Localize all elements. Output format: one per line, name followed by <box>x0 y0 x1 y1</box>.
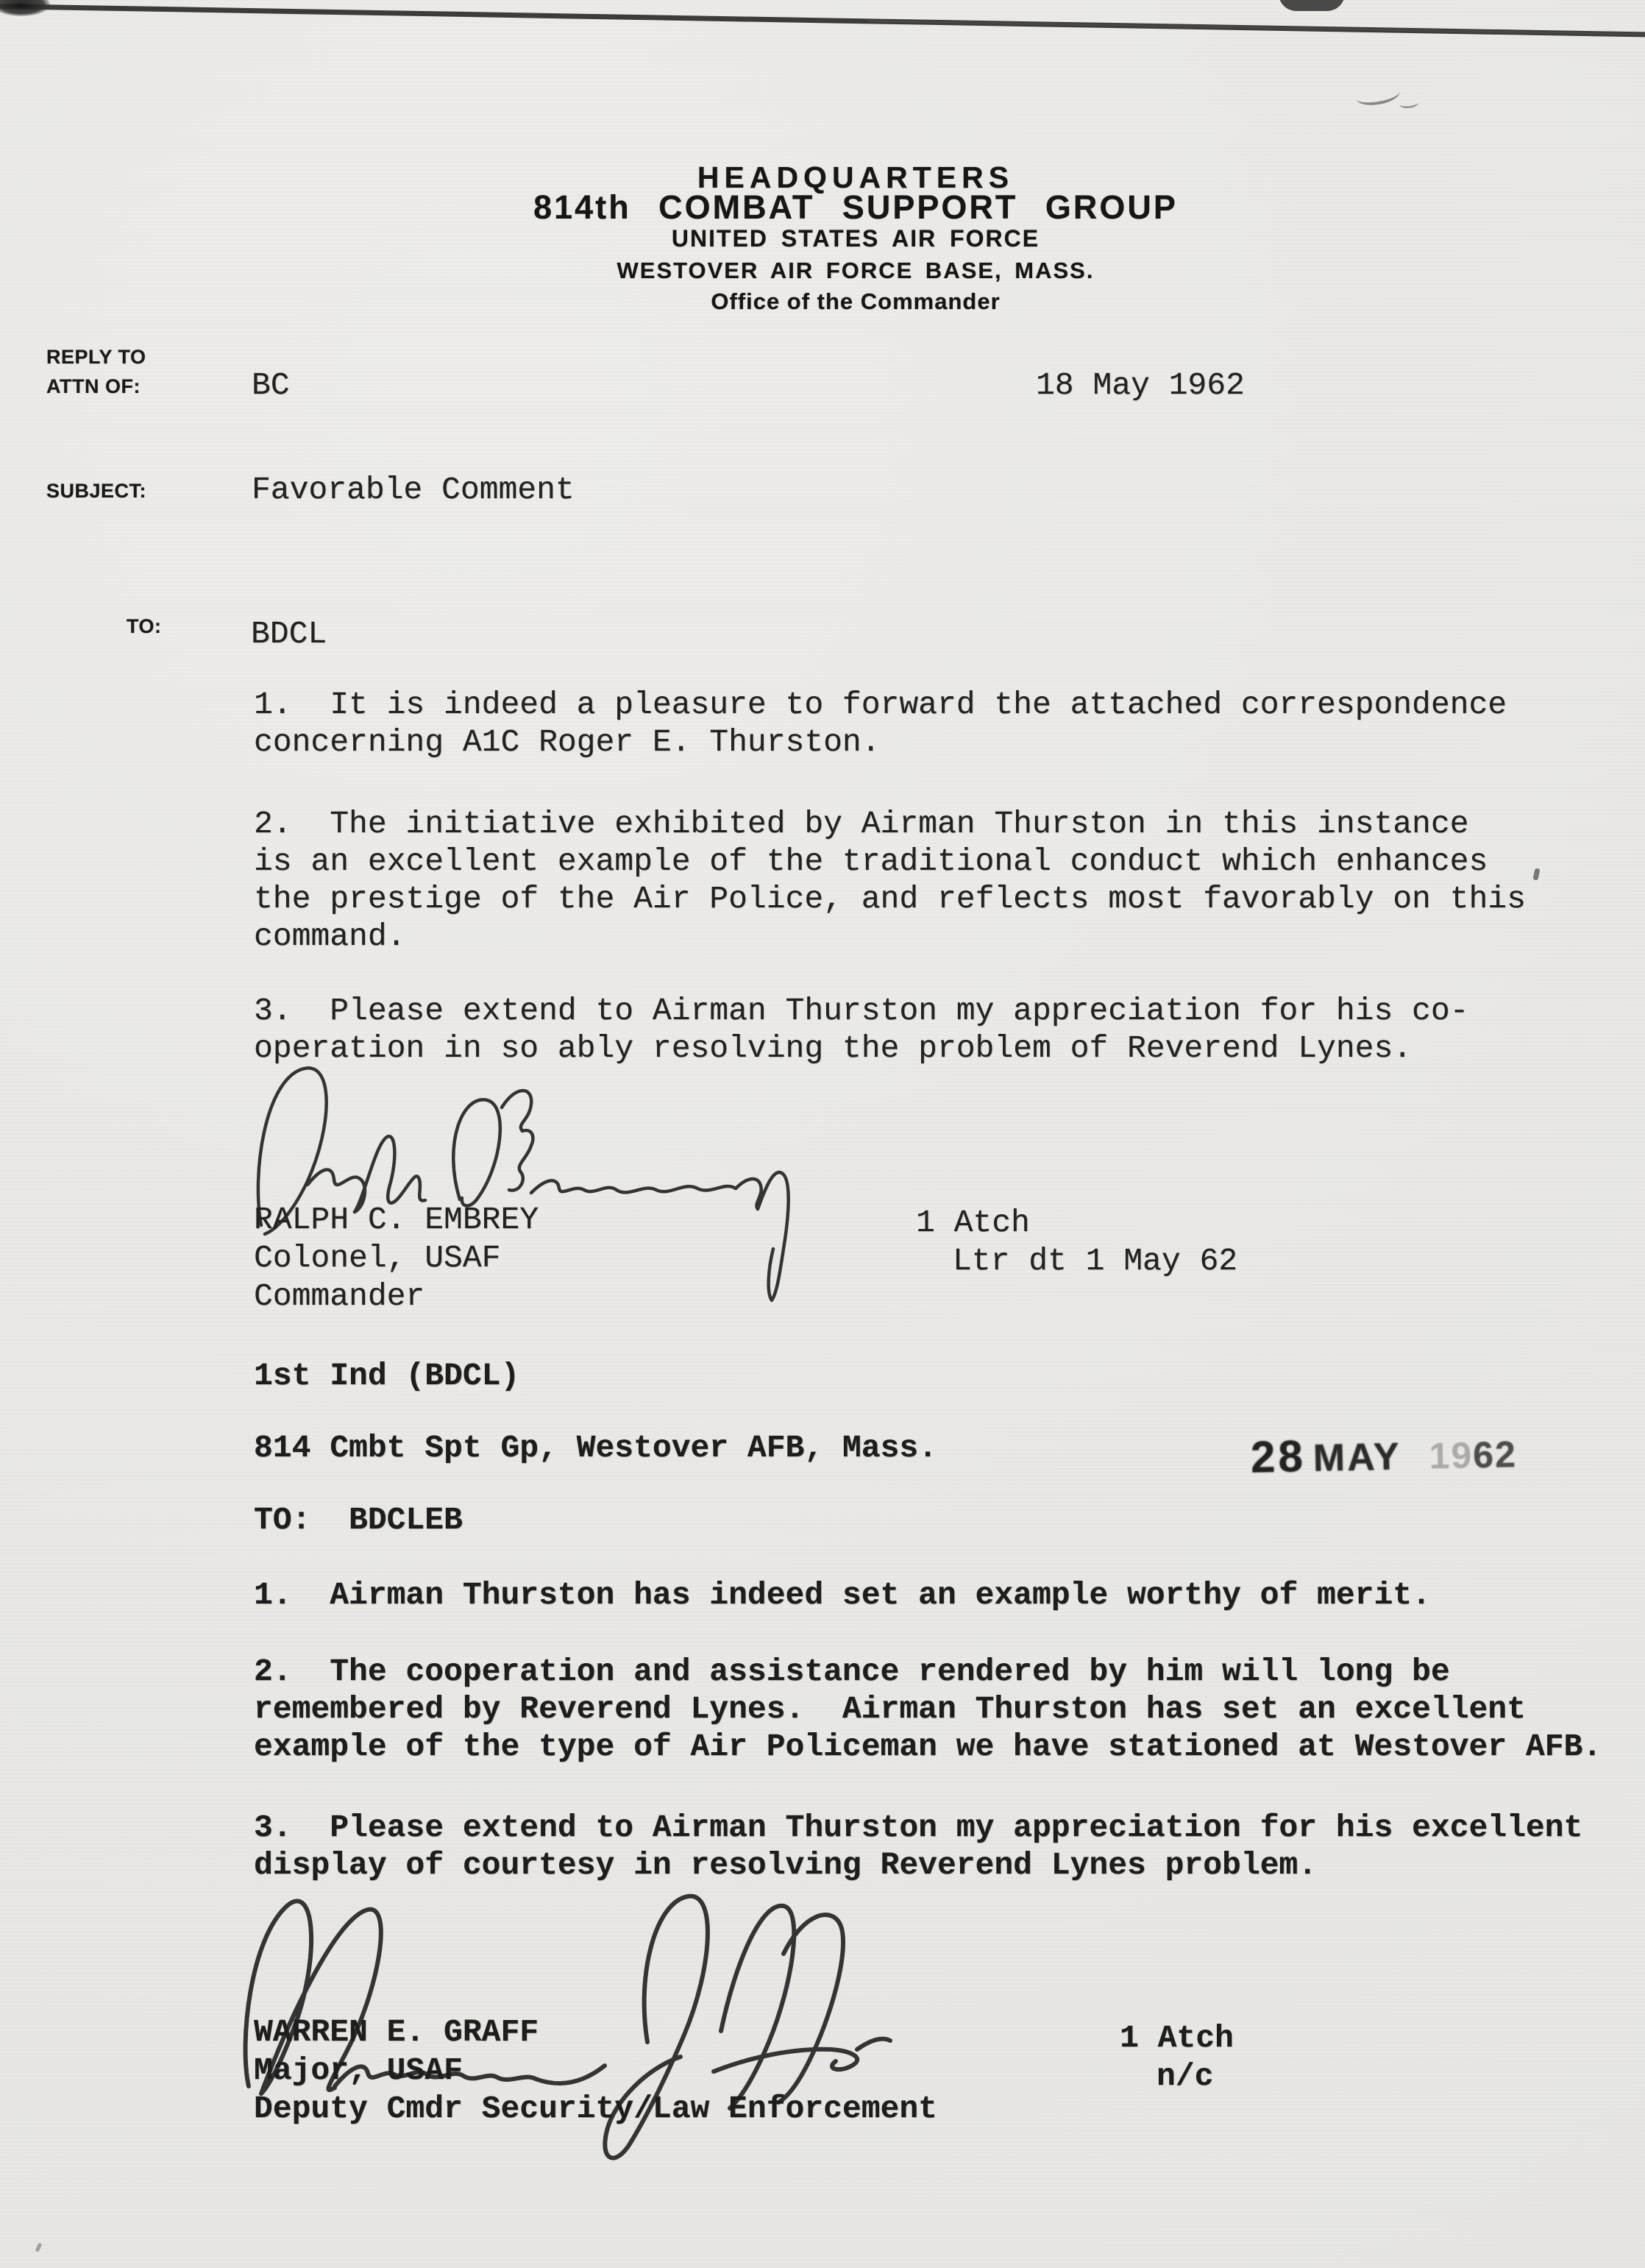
corner-smudge-artifact <box>0 0 50 16</box>
indorsement-heading: 1st Ind (BDCL) <box>254 1357 519 1395</box>
letter-paragraph-1: 1. It is indeed a pleasure to forward th… <box>254 686 1507 761</box>
received-date-stamp: 28 MAY 19 62 <box>1250 1426 1517 1483</box>
indorsement-org-line: 814 Cmbt Spt Gp, Westover AFB, Mass. <box>254 1429 937 1467</box>
date-value: 18 May 1962 <box>1036 366 1245 404</box>
scan-edge-line2-artifact <box>868 20 1645 35</box>
indorsement-paragraph-1: 1. Airman Thurston has indeed set an exa… <box>254 1576 1431 1614</box>
indorsement-signer-title: Deputy Cmdr Security/Law Enforcement <box>254 2090 937 2127</box>
letter-signer-name: RALPH C. EMBREY <box>254 1201 539 1238</box>
letterhead-group: 814th COMBAT SUPPORT GROUP <box>118 188 1594 227</box>
letter-signer-rank: Colonel, USAF <box>254 1239 500 1277</box>
pen-squiggle2-artifact <box>1399 98 1418 110</box>
to-value: BDCL <box>251 615 327 653</box>
reply-to-label: REPLY TO <box>46 346 146 369</box>
to-label: TO: <box>127 615 162 638</box>
letter-paragraph-2: 2. The initiative exhibited by Airman Th… <box>254 805 1526 955</box>
indorsement-signer-rank: Major, USAF <box>254 2052 463 2089</box>
scan-edge-line-artifact <box>0 4 1645 38</box>
attn-of-label: ATTN OF: <box>46 375 141 398</box>
scanned-letter-page: HEADQUARTERS 814th COMBAT SUPPORT GROUP … <box>0 0 1645 2268</box>
pen-squiggle-artifact <box>1354 82 1401 108</box>
top-blob-artifact <box>1279 0 1345 11</box>
letterhead-base: WESTOVER AIR FORCE BASE, MASS. <box>118 258 1594 284</box>
stamp-year-faint: 19 <box>1429 1434 1474 1477</box>
stamp-year-clear: 62 <box>1473 1433 1518 1476</box>
stamp-month: MAY <box>1312 1435 1401 1481</box>
indorsement-signer-name: WARREN E. GRAFF <box>254 2013 539 2051</box>
letterhead-office: Office of the Commander <box>118 288 1594 315</box>
indorsement-paragraph-2: 2. The cooperation and assistance render… <box>254 1653 1602 1765</box>
subject-label: SUBJECT: <box>46 480 146 503</box>
stamp-day: 28 <box>1250 1431 1306 1483</box>
indorsement-attachment-desc: n/c <box>1157 2058 1213 2095</box>
indorsement-attachment-count: 1 Atch <box>1120 2019 1234 2057</box>
subject-value: Favorable Comment <box>252 471 575 508</box>
letter-signer-title: Commander <box>254 1277 424 1315</box>
letter-attachment-count: 1 Atch <box>916 1204 1030 1241</box>
ink-speck-artifact <box>1532 868 1540 880</box>
indorsement-to-line: TO: BDCLEB <box>254 1501 463 1539</box>
letterhead-usaf: UNITED STATES AIR FORCE <box>118 225 1594 252</box>
ink-speck-bottom-artifact <box>35 2243 43 2253</box>
office-symbol-value: BC <box>252 366 290 404</box>
letter-attachment-desc: Ltr dt 1 May 62 <box>953 1242 1237 1280</box>
